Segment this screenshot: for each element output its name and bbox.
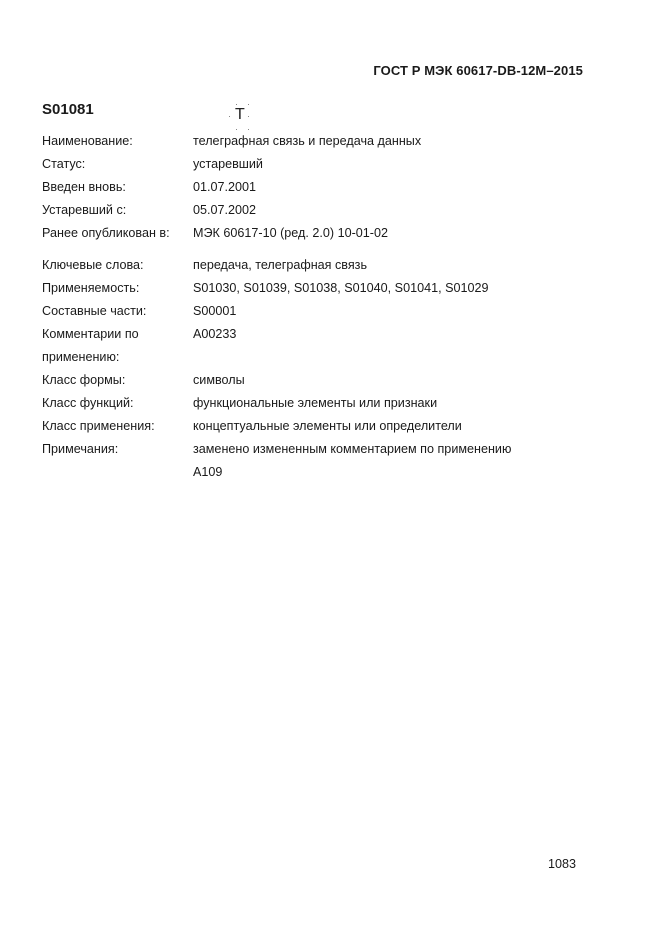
field-row-previously-published: Ранее опубликован в: МЭК 60617-10 (ред. … (42, 222, 602, 245)
field-value: A109 (193, 461, 602, 484)
field-label: Введен вновь: (42, 176, 193, 199)
symbol-code: S01081 (42, 101, 94, 118)
field-label: Устаревший с: (42, 199, 193, 222)
field-row-status: Статус: устаревший (42, 153, 602, 176)
field-value: A00233 (193, 323, 602, 346)
field-value: МЭК 60617-10 (ред. 2.0) 10-01-02 (193, 222, 602, 245)
field-label (42, 461, 193, 484)
field-value (193, 346, 602, 369)
field-value: концептуальные элементы или определители (193, 415, 602, 438)
field-label: Класс функций: (42, 392, 193, 415)
field-label: Наименование: (42, 130, 193, 153)
field-label: Ключевые слова: (42, 254, 193, 277)
document-header: ГОСТ Р МЭК 60617-DB-12M–2015 (373, 63, 583, 78)
field-value: символы (193, 369, 602, 392)
field-row-keywords: Ключевые слова: передача, телеграфная св… (42, 254, 602, 277)
field-label: Ранее опубликован в: (42, 222, 193, 245)
field-value: передача, телеграфная связь (193, 254, 602, 277)
field-list: Наименование: телеграфная связь и переда… (42, 130, 602, 484)
field-label: применению: (42, 346, 193, 369)
field-row-introduced: Введен вновь: 01.07.2001 (42, 176, 602, 199)
field-row-form-class: Класс формы: символы (42, 369, 602, 392)
field-value: заменено измененным комментарием по прим… (193, 438, 602, 461)
field-value: S01030, S01039, S01038, S01040, S01041, … (193, 277, 602, 300)
field-value: телеграфная связь и передача данных (193, 130, 602, 153)
section-gap (42, 245, 602, 254)
field-label: Класс применения: (42, 415, 193, 438)
field-label: Применяемость: (42, 277, 193, 300)
field-value: устаревший (193, 153, 602, 176)
field-row-function-class: Класс функций: функциональные элементы и… (42, 392, 602, 415)
field-row-obsolete-since: Устаревший с: 05.07.2002 (42, 199, 602, 222)
field-row-notes: Примечания: заменено измененным коммента… (42, 438, 602, 461)
field-label: Комментарии по (42, 323, 193, 346)
field-label: Статус: (42, 153, 193, 176)
symbol-glyph: T (235, 106, 245, 124)
field-value: 01.07.2001 (193, 176, 602, 199)
field-value: S00001 (193, 300, 602, 323)
field-row-notes-cont: A109 (42, 461, 602, 484)
field-value: 05.07.2002 (193, 199, 602, 222)
field-row-applicability: Применяемость: S01030, S01039, S01038, S… (42, 277, 602, 300)
field-row-components: Составные части: S00001 (42, 300, 602, 323)
field-label: Примечания: (42, 438, 193, 461)
page-number: 1083 (548, 857, 576, 871)
field-row-name: Наименование: телеграфная связь и переда… (42, 130, 602, 153)
field-value: функциональные элементы или признаки (193, 392, 602, 415)
field-label: Составные части: (42, 300, 193, 323)
telegraph-symbol-icon: T (229, 104, 255, 130)
field-row-application-class: Класс применения: концептуальные элемент… (42, 415, 602, 438)
field-label: Класс формы: (42, 369, 193, 392)
field-row-application-comments: Комментарии по A00233 (42, 323, 602, 346)
field-row-application-comments-cont: применению: (42, 346, 602, 369)
